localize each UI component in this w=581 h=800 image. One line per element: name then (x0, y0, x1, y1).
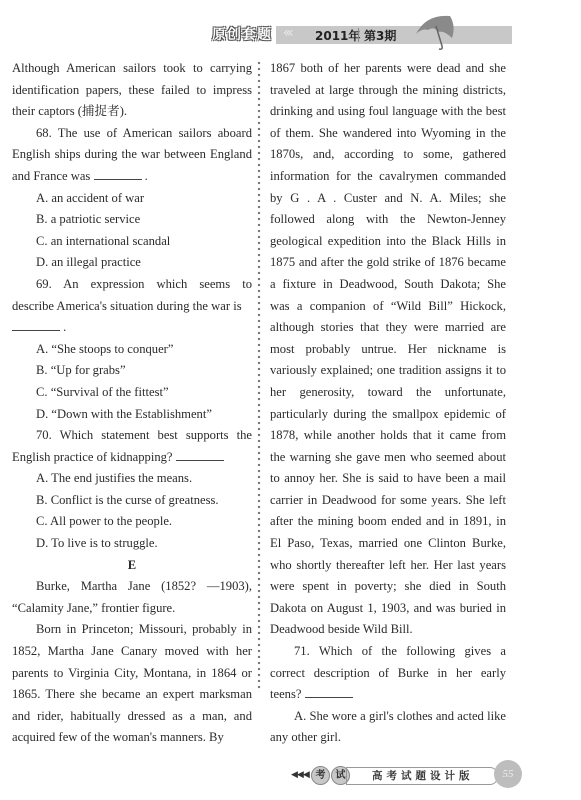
option-a: A. an accident of war (12, 188, 252, 210)
passage-paragraph: Born in Princeton; Missouri, probably in… (12, 619, 252, 749)
option-d: D. “Down with the Establishment” (12, 404, 252, 426)
option-b: B. “Up for grabs” (12, 360, 252, 382)
page-header: 原创套题 ‹‹‹ 2011年 第3期 (0, 0, 581, 55)
option-a: A. “She stoops to conquer” (12, 339, 252, 361)
arrow-left-icon: ◀◀◀ (291, 770, 309, 780)
issue-year: 2011年 (315, 27, 360, 44)
section-heading: E (12, 555, 252, 577)
option-a: A. She wore a girl's clothes and acted l… (270, 706, 506, 749)
question-68: 68. The use of American sailors aboard E… (12, 123, 252, 188)
umbrella-icon (412, 12, 460, 52)
option-c: C. “Survival of the fittest” (12, 382, 252, 404)
option-d: D. an illegal practice (12, 252, 252, 274)
passage-paragraph: Although American sailors took to carryi… (12, 58, 252, 123)
issue-number: 第3期 (364, 27, 396, 44)
page-number: 55 (494, 760, 522, 788)
answer-blank[interactable] (176, 448, 224, 461)
option-c: C. All power to the people. (12, 511, 252, 533)
option-c: C. an international scandal (12, 231, 252, 253)
option-a: A. The end justifies the means. (12, 468, 252, 490)
left-column: Although American sailors took to carryi… (12, 58, 252, 749)
option-d: D. To live is to struggle. (12, 533, 252, 555)
brand-title: 原创套题 (212, 24, 272, 44)
option-b: B. a patriotic service (12, 209, 252, 231)
badge-kao: 考 (311, 766, 330, 785)
option-b: B. Conflict is the curse of greatness. (12, 490, 252, 512)
question-70: 70. Which statement best supports the En… (12, 425, 252, 468)
page-footer: ◀◀◀ 考 试 高考试题设计版 55 (0, 760, 581, 800)
question-69: 69. An expression which seems to describ… (12, 274, 252, 339)
question-stem: 69. An expression which seems to describ… (12, 277, 252, 313)
passage-paragraph: 1867 both of her parents were dead and s… (270, 58, 506, 641)
answer-blank[interactable] (94, 167, 142, 180)
answer-blank[interactable] (12, 318, 60, 331)
right-column: 1867 both of her parents were dead and s… (270, 58, 506, 749)
answer-blank[interactable] (305, 685, 353, 698)
column-divider (255, 60, 263, 692)
footer-title: 高考试题设计版 (372, 768, 474, 783)
chevron-left-icon: ‹‹‹ (283, 25, 291, 41)
passage-paragraph: Burke, Martha Jane (1852? —1903), “Calam… (12, 576, 252, 619)
header-separator (358, 28, 359, 42)
question-71: 71. Which of the following gives a corre… (270, 641, 506, 706)
